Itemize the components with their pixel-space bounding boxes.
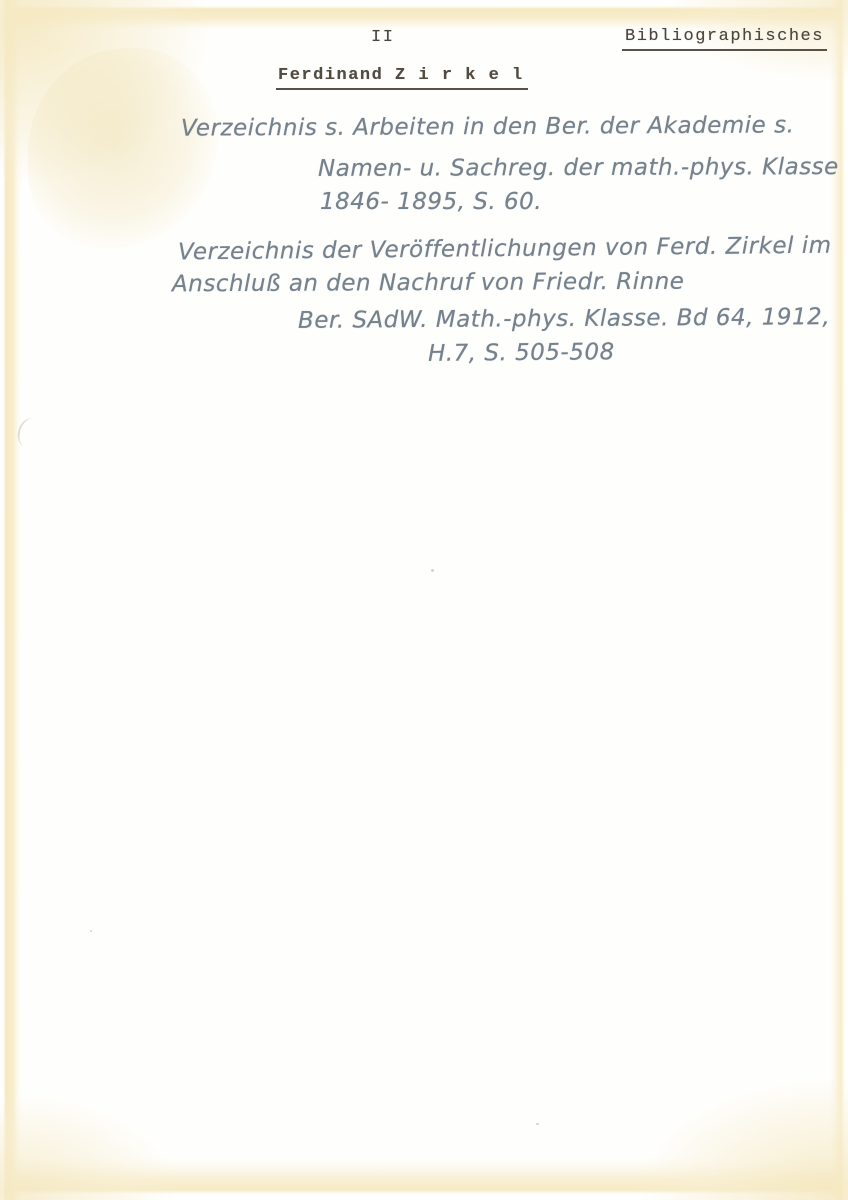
paper-stain-blob: [28, 48, 218, 248]
paper-edge-left: [0, 0, 22, 1200]
paper-speck: [90, 930, 92, 932]
paper-corner-stain-top-right: [588, 0, 848, 120]
handwritten-line: Anschluß an den Nachruf von Friedr. Rinn…: [172, 269, 685, 298]
paper-edge-bottom: [0, 1158, 848, 1200]
handwritten-line: Ber. SAdW. Math.-phys. Klasse. Bd 64, 19…: [298, 304, 830, 334]
scanned-document-page: II Bibliographisches Ferdinand Z i r k e…: [0, 0, 848, 1200]
handwritten-line: H.7, S. 505-508: [428, 339, 615, 367]
paper-corner-stain-bottom-left: [0, 1040, 260, 1200]
handwritten-line: 1846- 1895, S. 60.: [320, 189, 542, 215]
handwritten-line: Verzeichnis der Veröffentlichungen von F…: [178, 233, 832, 266]
paper-speck: [536, 1123, 539, 1125]
section-header: Bibliographisches: [622, 27, 827, 51]
paper-edge-top: [0, 0, 848, 30]
paper-corner-stain-bottom-right: [548, 1020, 848, 1200]
pencil-smudge: [14, 415, 46, 451]
handwritten-line: Verzeichnis s. Arbeiten in den Ber. der …: [181, 112, 794, 141]
paper-speck: [431, 569, 434, 572]
page-title: Ferdinand Z i r k e l: [276, 66, 528, 90]
page-number: II: [371, 28, 394, 47]
handwritten-line: Namen- u. Sachreg. der math.-phys. Klass…: [318, 154, 839, 182]
